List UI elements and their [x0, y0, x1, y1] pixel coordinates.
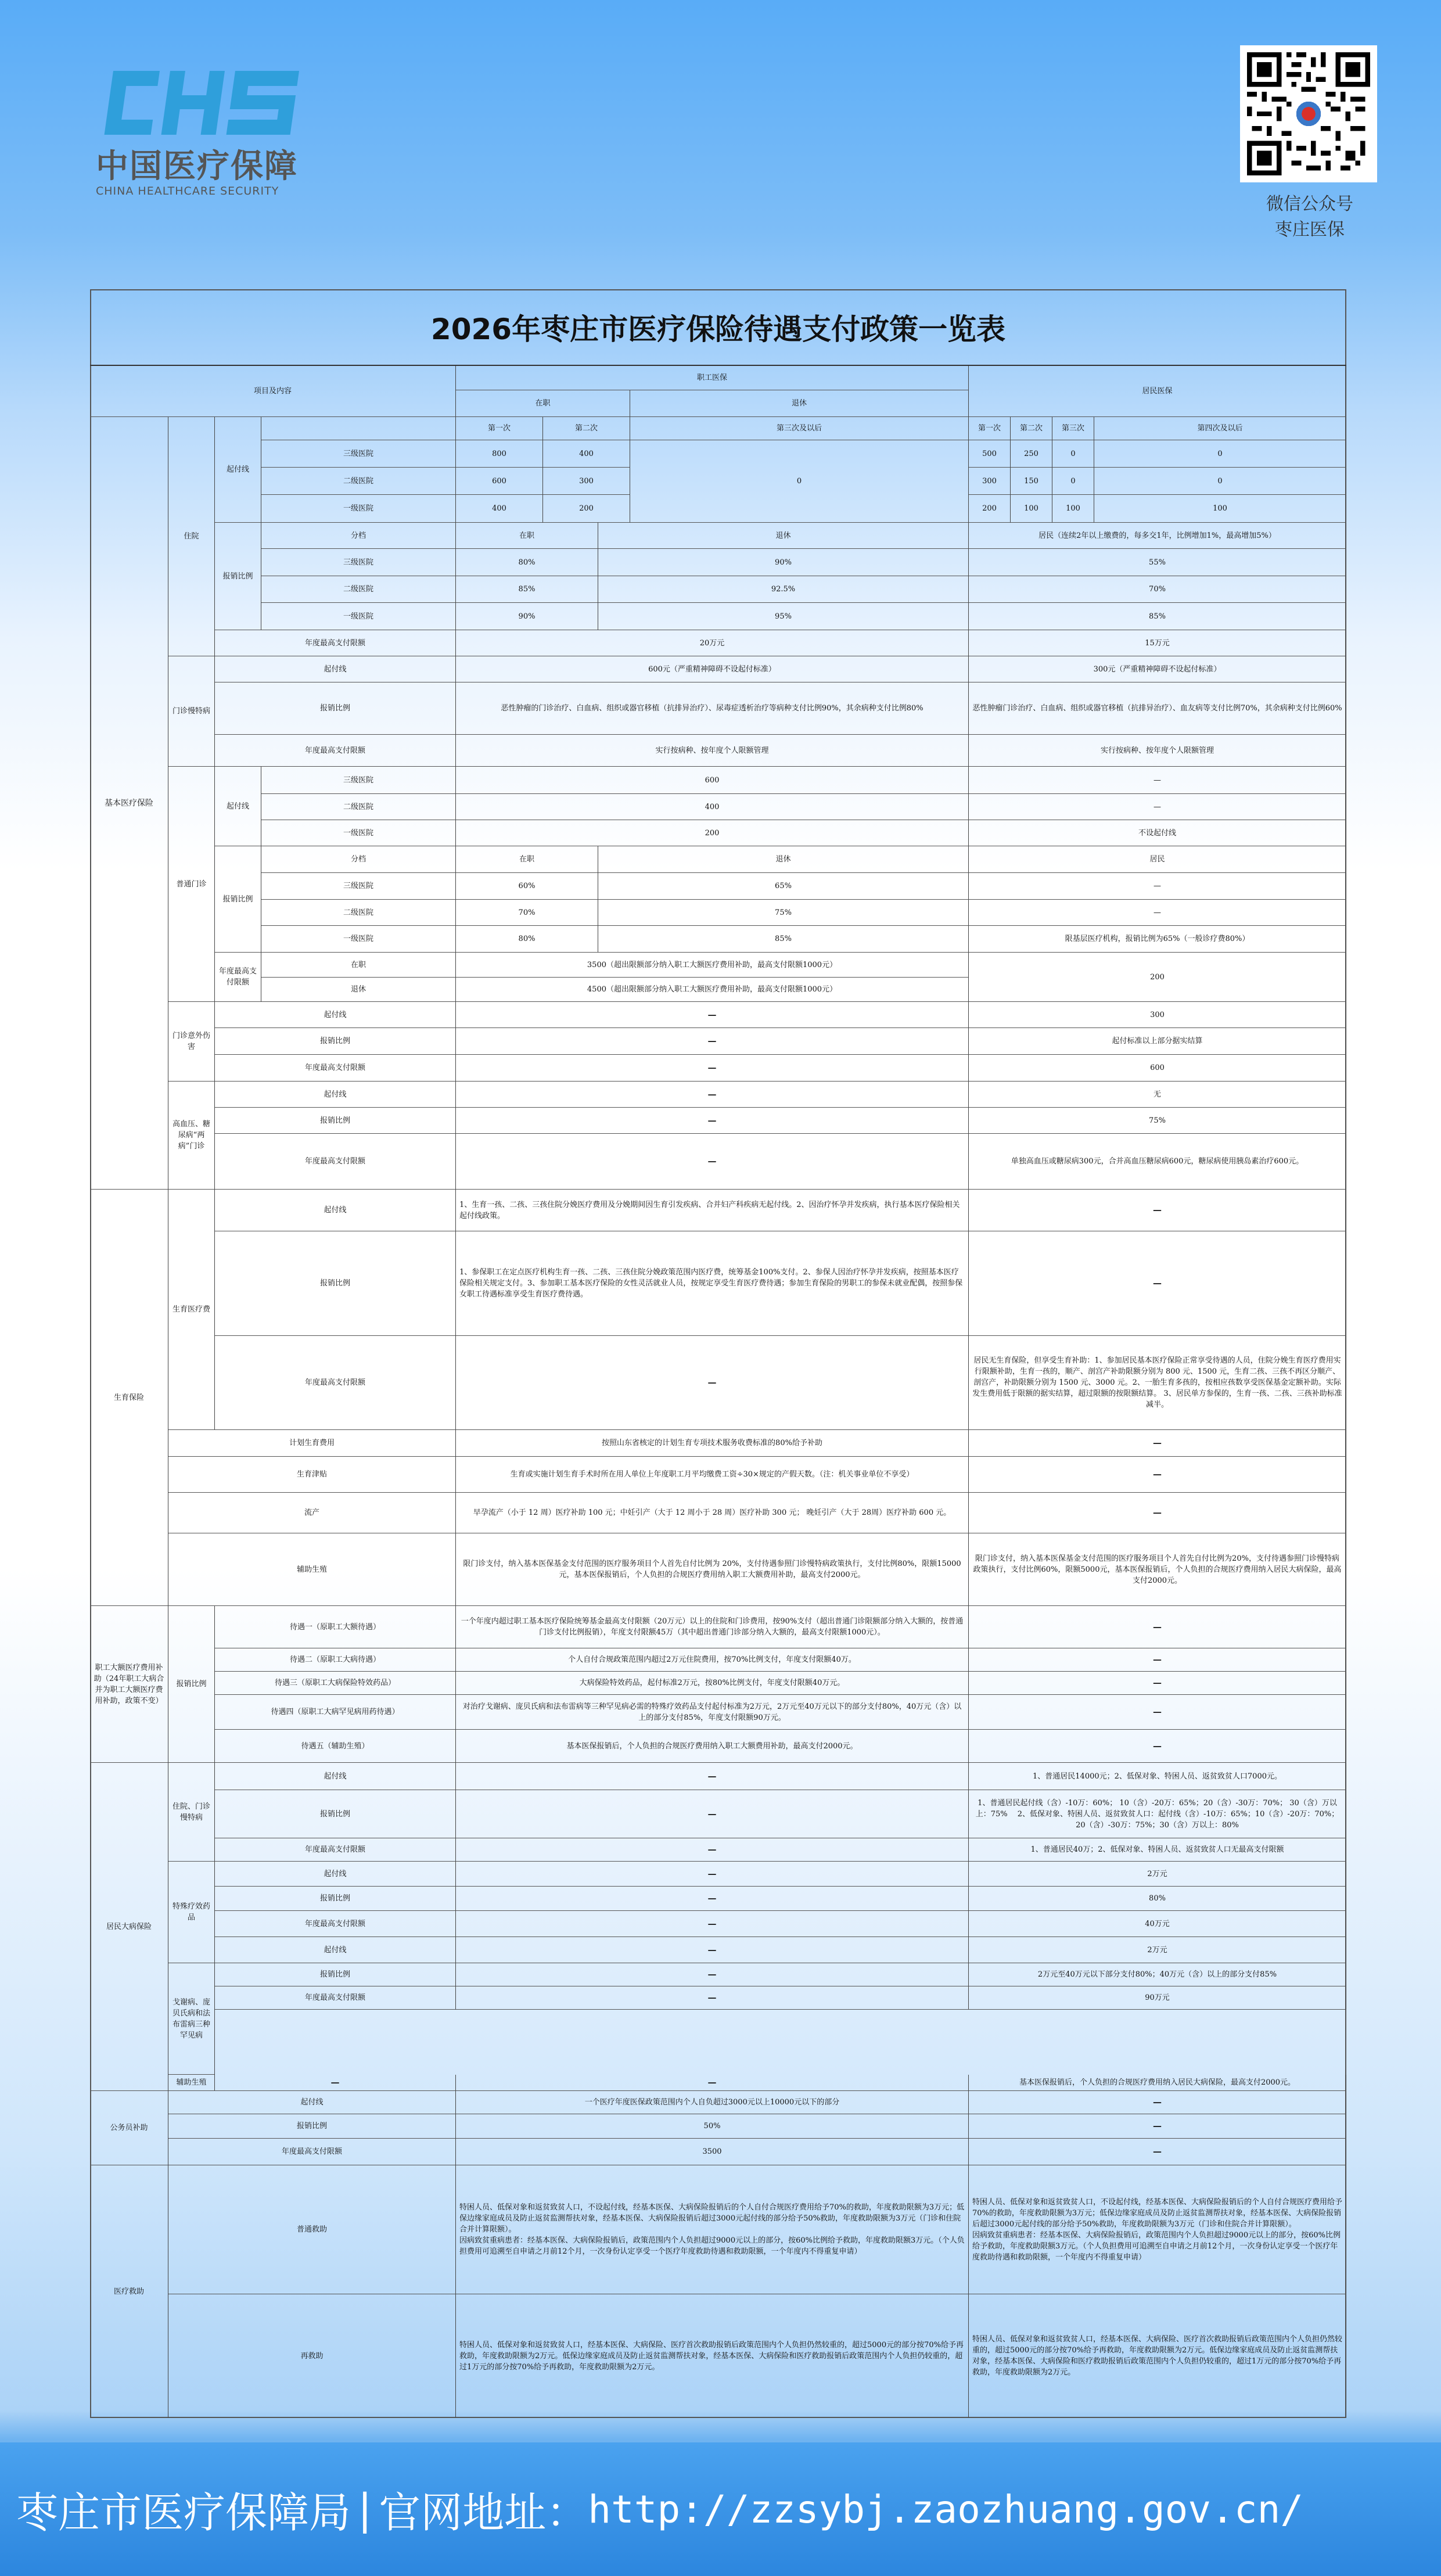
value: 一个年度内超过职工基本医疗保险统筹基金最高支付限额（20万元）以上的住院和门诊费…: [456, 1606, 969, 1648]
dash-value: —: [456, 1963, 969, 1986]
row-label: 待遇五（辅助生殖）: [215, 1730, 456, 1763]
value: 200: [543, 495, 630, 523]
value: 85%: [456, 576, 598, 603]
value: 250: [1011, 440, 1052, 468]
footer-org: 枣庄市医疗保障局: [16, 2479, 351, 2539]
label-outpatient-accident: 门诊意外伤害: [168, 1002, 215, 1082]
emp-first: 第一次: [456, 417, 543, 440]
value: 0: [1052, 440, 1094, 468]
value: 50%: [456, 2114, 969, 2139]
row-label: 起付线: [215, 1763, 456, 1790]
dash-value: —: [969, 2139, 1346, 2165]
dash-value: —: [456, 1790, 969, 1838]
header-zaizhi: 在职: [456, 390, 630, 417]
header-tuixiu: 退休: [630, 390, 969, 417]
value: 200: [969, 953, 1346, 1002]
value: 300元（严重精神障碍不设起付标准）: [969, 656, 1346, 682]
row-label: 报销比例: [215, 1231, 456, 1336]
hospital-level: 三级医院: [261, 549, 456, 576]
value: 不设起付线: [969, 820, 1346, 846]
label-ratio: 报销比例: [215, 523, 261, 630]
value: 90万元: [969, 1986, 1346, 2010]
value: 特困人员、低保对象和返贫致贫人口，不设起付线，经基本医保、大病保险报销后的个人自…: [969, 2165, 1346, 2294]
label-maternity-medical: 生育医疗费: [168, 1190, 215, 1430]
category-medical-aid: 医疗救助: [90, 2165, 168, 2418]
value: 0: [1094, 468, 1346, 495]
row-label: 报销比例: [215, 1963, 456, 1986]
row-label: 生育津贴: [168, 1457, 456, 1493]
dash-value: —: [456, 1862, 969, 1887]
row-label: 报销比例: [215, 1108, 456, 1134]
dash-value: —: [969, 2114, 1346, 2139]
dash-value: —: [969, 1730, 1346, 1763]
dash-value: —: [456, 1887, 969, 1911]
value: 75%: [969, 1108, 1346, 1134]
row-label: 起付线: [215, 1937, 456, 1963]
label-tuixiu: 退休: [598, 523, 969, 549]
value: 居民无生育保险，但享受生育补助：1、参加居民基本医疗保险正常享受待遇的人员，住院…: [969, 1336, 1346, 1430]
hospital-level: 三级医院: [261, 767, 456, 794]
row-label: 年度最高支付限额: [215, 1911, 456, 1937]
label-tuixiu: 退休: [598, 846, 969, 873]
label-tier: 分档: [261, 523, 456, 549]
value: 600: [456, 767, 969, 794]
value: 实行按病种、按年度个人限额管理: [969, 735, 1346, 767]
dash-value: —: [456, 1055, 969, 1082]
hospital-level: 一级医院: [261, 820, 456, 846]
footer-url-label: 官网地址：: [379, 2479, 588, 2539]
value: 对治疗戈谢病、庞贝氏病和法布雷病等三种罕见病必需的特殊疗效药品支付起付标准为2万…: [456, 1695, 969, 1730]
value: 特困人员、低保对象和返贫致贫人口，经基本医保、大病保险、医疗首次救助报销后政策范…: [969, 2294, 1346, 2418]
dash-value: —: [969, 1672, 1346, 1695]
row-label: 起付线: [168, 2091, 456, 2114]
value: 400: [543, 440, 630, 468]
dash-value: —: [215, 2075, 456, 2091]
label-inpatient-chronic: 住院、门诊慢特病: [168, 1763, 215, 1862]
label-general-aid: 普通救助: [168, 2165, 456, 2294]
dash-value: —: [969, 1606, 1346, 1648]
value: 实行按病种、按年度个人限额管理: [456, 735, 969, 767]
logo-english-text: CHINA HEALTHCARE SECURITY: [96, 185, 305, 197]
label-two-diseases: 高血压、糖尿病“两病”门诊: [168, 1082, 215, 1190]
category-resident-major: 居民大病保险: [90, 1763, 168, 2091]
value: 1、普通居民40万；2、低保对象、特困人员、返贫致贫人口无最高支付限额: [969, 1838, 1346, 1862]
value: 无: [969, 1082, 1346, 1108]
value: 90%: [456, 603, 598, 630]
dash-value: —: [456, 1937, 969, 1963]
category-basic-insurance: 基本医疗保险: [90, 417, 168, 1190]
value: 2万元: [969, 1937, 1346, 1963]
hospital-level: 二级医院: [261, 576, 456, 603]
value: 95%: [598, 603, 969, 630]
value: 150: [1011, 468, 1052, 495]
dash-value: —: [456, 1082, 969, 1108]
value: 限门诊支付，纳入基本医保基金支付范围的医疗服务项目个人首先自付比例为 20%，支…: [456, 1533, 969, 1606]
label-tier: 分档: [261, 846, 456, 873]
value: 55%: [969, 549, 1346, 576]
hospital-level: 三级医院: [261, 873, 456, 900]
dash-value: —: [456, 1134, 969, 1190]
label-resident-note: 居民（连续2年以上缴费的，每多交1年，比例增加1%，最高增加5%）: [969, 523, 1346, 549]
value: 300: [969, 468, 1011, 495]
value: 200: [456, 820, 969, 846]
wechat-qr-code: [1240, 45, 1377, 182]
value: —: [969, 767, 1346, 794]
label-zaizhi: 在职: [261, 953, 456, 978]
category-civil-servant: 公务员补助: [90, 2091, 168, 2165]
res-first: 第一次: [969, 417, 1011, 440]
qr-caption-line1: 微信公众号: [1231, 192, 1388, 217]
dash-value: —: [456, 1002, 969, 1028]
dash-value: —: [456, 1108, 969, 1134]
value: 92.5%: [598, 576, 969, 603]
value: 60%: [456, 873, 598, 900]
dash-value: —: [456, 1763, 969, 1790]
row-label: 待遇一（原职工大额待遇）: [215, 1606, 456, 1648]
dash-value: —: [456, 1028, 969, 1055]
value: 基本医保报销后，个人负担的合规医疗费用纳入居民大病保险，最高支付2000元。: [969, 2075, 1346, 2091]
row-label: 待遇四（原职工大病罕见病用药待遇）: [215, 1695, 456, 1730]
value: 80%: [969, 1887, 1346, 1911]
dash-value: —: [969, 1648, 1346, 1672]
row-label: 起付线: [215, 1082, 456, 1108]
value: 75%: [598, 900, 969, 926]
label-deductible: 起付线: [215, 656, 456, 682]
res-fourth-after: 第四次及以后: [1094, 417, 1346, 440]
value: 800: [456, 440, 543, 468]
value: 恶性肿瘤门诊治疗、白血病、组织或器官移植（抗排异治疗）、血友病等支付比例70%，…: [969, 682, 1346, 735]
value: 85%: [969, 603, 1346, 630]
row-label: 年度最高支付限额: [215, 1055, 456, 1082]
dash-value: —: [969, 1457, 1346, 1493]
label-tuixiu: 退休: [261, 978, 456, 1002]
value: 200: [969, 495, 1011, 523]
value: —: [969, 873, 1346, 900]
emp-second: 第二次: [543, 417, 630, 440]
value: 300: [543, 468, 630, 495]
value: 按照山东省核定的计划生育专项技术服务收费标准的80%给予补助: [456, 1430, 969, 1457]
label-chronic: 门诊慢特病: [168, 656, 215, 767]
row-label: 报销比例: [215, 1028, 456, 1055]
value: —: [969, 794, 1346, 820]
qr-caption-line2: 枣庄医保: [1231, 217, 1388, 243]
label-special-drugs: 特殊疗效药品: [168, 1862, 215, 1963]
label-zaizhi: 在职: [456, 846, 598, 873]
dash-value: —: [969, 1430, 1346, 1457]
qr-code-icon: [1247, 52, 1370, 175]
value: 70%: [969, 576, 1346, 603]
value: 100: [1011, 495, 1052, 523]
value: 单独高血压或糖尿病300元，合并高血压糖尿病600元，糖尿病使用胰岛素治疗600…: [969, 1134, 1346, 1190]
dash-value: —: [969, 1493, 1346, 1533]
label-annual-limit: 年度最高支付限额: [215, 953, 261, 1002]
logo-chinese-text: 中国医疗保障: [96, 141, 305, 187]
value: 40万元: [969, 1911, 1346, 1937]
value: 特困人员、低保对象和返贫致贫人口，不设起付线，经基本医保、大病保险报销后的个人自…: [456, 2165, 969, 2294]
category-employee-major: 职工大额医疗费用补助（24年职工大病合并为职工大额医疗费用补助，政策不变）: [90, 1606, 168, 1763]
res-second: 第二次: [1011, 417, 1052, 440]
row-label: 待遇三（原职工大病保险特效药品）: [215, 1672, 456, 1695]
hospital-level: 一级医院: [261, 603, 456, 630]
chs-logo-mark: [96, 71, 300, 135]
label-general-outpatient: 普通门诊: [168, 767, 215, 1002]
qr-caption: 微信公众号 枣庄医保: [1231, 192, 1388, 243]
value: 特困人员、低保对象和返贫致贫人口，经基本医保、大病保险、医疗首次救助报销后政策范…: [456, 2294, 969, 2418]
header-resident: 居民医保: [969, 366, 1346, 417]
emp-third-after: 第三次及以后: [630, 417, 969, 440]
value: 限门诊支付，纳入基本医保基金支付范围的医疗服务项目个人首先自付比例为20%，支付…: [969, 1533, 1346, 1606]
label-zaizhi: 在职: [456, 523, 598, 549]
dash-value: —: [969, 1190, 1346, 1231]
value: 70%: [456, 900, 598, 926]
footer-banner: 枣庄市医疗保障局 | 官网地址： http://zzsybj.zaozhuang…: [0, 2442, 1441, 2576]
category-maternity: 生育保险: [90, 1190, 168, 1606]
dash-value: —: [969, 1695, 1346, 1730]
label-inpatient: 住院: [168, 417, 215, 656]
dash-value: —: [456, 1336, 969, 1430]
footer-url-link[interactable]: http://zzsybj.zaozhuang.gov.cn/: [588, 2487, 1303, 2532]
value: 生育或实施计划生育手术时所在用人单位上年度职工月平均缴费工资÷30×规定的产假天…: [456, 1457, 969, 1493]
value: 85%: [598, 926, 969, 953]
label-deductible: 起付线: [215, 767, 261, 846]
res-third: 第三次: [1052, 417, 1094, 440]
dash-value: —: [969, 2091, 1346, 2114]
hospital-level: 三级医院: [261, 440, 456, 468]
header-item: 项目及内容: [90, 366, 456, 417]
row-label: 报销比例: [168, 2114, 456, 2139]
row-label: 报销比例: [215, 1790, 456, 1838]
value: 起付标准以上部分据实结算: [969, 1028, 1346, 1055]
value: 基本医保报销后，个人负担的合规医疗费用纳入职工大额费用补助，最高支付2000元。: [456, 1730, 969, 1763]
value: 个人自付合规政策范围内超过2万元住院费用，按70%比例支付，年度支付限额40万。: [456, 1648, 969, 1672]
dash-value: —: [456, 1986, 969, 2010]
value: 恶性肿瘤的门诊治疗、白血病、组织或器官移植（抗排异治疗）、尿毒症透析治疗等病种支…: [456, 682, 969, 735]
value: 600: [969, 1055, 1346, 1082]
value: 80%: [456, 549, 598, 576]
row-label: 报销比例: [215, 1887, 456, 1911]
value: 2万元至40万元以下部分支付80%；40万元（含）以上的部分支付85%: [969, 1963, 1346, 1986]
value: 0: [1094, 440, 1346, 468]
value: —: [969, 900, 1346, 926]
row-label: 年度最高支付限额: [215, 1336, 456, 1430]
value: 80%: [456, 926, 598, 953]
value: 一个医疗年度医保政策范围内个人自负超过3000元以上10000元以下的部分: [456, 2091, 969, 2114]
dash-value: —: [456, 2075, 969, 2091]
value: 3500（超出限额部分纳入职工大额医疗费用补助，最高支付限额1000元）: [456, 953, 969, 978]
value: 100: [1052, 495, 1094, 523]
value: 600: [456, 468, 543, 495]
value: 400: [456, 794, 969, 820]
value: 0: [1052, 468, 1094, 495]
value: 600元（严重精神障碍不设起付标准）: [456, 656, 969, 682]
value: 限基层医疗机构，报销比例为65%（一般诊疗费80%）: [969, 926, 1346, 953]
row-label: 年度最高支付限额: [168, 2139, 456, 2165]
value: 65%: [598, 873, 969, 900]
value: 4500（超出限额部分纳入职工大额医疗费用补助，最高支付限额1000元）: [456, 978, 969, 1002]
page-title: 2026年枣庄市医疗保险待遇支付政策一览表: [90, 289, 1346, 366]
value: 2万元: [969, 1862, 1346, 1887]
header-employee: 职工医保: [456, 366, 969, 390]
dash-value: —: [456, 1911, 969, 1937]
hospital-level: 一级医院: [261, 926, 456, 953]
label-ratio: 报销比例: [215, 846, 261, 953]
value: 300: [969, 1002, 1346, 1028]
label-ratio: 报销比例: [215, 682, 456, 735]
dash-value: —: [456, 1838, 969, 1862]
label-deductible: 起付线: [215, 417, 261, 523]
value: 1、普通居民14000元；2、低保对象、特困人员、返贫致贫人口7000元。: [969, 1763, 1346, 1790]
row-label: 计划生育费用: [168, 1430, 456, 1457]
row-label: 年度最高支付限额: [215, 1838, 456, 1862]
row-label: 起付线: [215, 1190, 456, 1231]
value: 早孕流产（小于 12 周）医疗补助 100 元；中妊引产（大于 12 周小于 2…: [456, 1493, 969, 1533]
label-art: 辅助生殖: [168, 2075, 215, 2091]
value: 400: [456, 495, 543, 523]
value: 大病保险特效药品，起付标准2万元，按80%比例支付，年度支付限额40万元。: [456, 1672, 969, 1695]
value: 1、普通居民起付线（含）-10万：60%； 10（含）-20万：65%；20（含…: [969, 1790, 1346, 1838]
value: 500: [969, 440, 1011, 468]
row-label: 起付线: [215, 1862, 456, 1887]
row-label: 年度最高支付限额: [215, 1134, 456, 1190]
blank: [261, 417, 456, 440]
label-ratio: 报销比例: [168, 1606, 215, 1763]
row-label: 待遇二（原职工大病待遇）: [215, 1648, 456, 1672]
label-annual-limit: 年度最高支付限额: [215, 630, 456, 656]
row-label: 起付线: [215, 1002, 456, 1028]
value: 1、参保职工在定点医疗机构生育一孩、二孩、三孩住院分娩政策范围内医疗费，统筹基金…: [456, 1231, 969, 1336]
value: 15万元: [969, 630, 1346, 656]
value: 100: [1094, 495, 1346, 523]
value: 1、生育一孩、二孩、三孩住院分娩医疗费用及分娩期间因生育引发疾病、合并妇产科疾病…: [456, 1190, 969, 1231]
footer-separator: |: [358, 2485, 372, 2534]
hospital-level: 二级医院: [261, 794, 456, 820]
hospital-level: 二级医院: [261, 900, 456, 926]
row-label: 流产: [168, 1493, 456, 1533]
hospital-level: 一级医院: [261, 495, 456, 523]
row-label: 辅助生殖: [168, 1533, 456, 1606]
value: 3500: [456, 2139, 969, 2165]
label-resident: 居民: [969, 846, 1346, 873]
row-label: 年度最高支付限额: [215, 1986, 456, 2010]
value: 0: [630, 440, 969, 523]
label-re-aid: 再救助: [168, 2294, 456, 2418]
value: 20万元: [456, 630, 969, 656]
hospital-level: 二级医院: [261, 468, 456, 495]
value: 90%: [598, 549, 969, 576]
dash-value: —: [969, 1231, 1346, 1336]
label-annual-limit: 年度最高支付限额: [215, 735, 456, 767]
